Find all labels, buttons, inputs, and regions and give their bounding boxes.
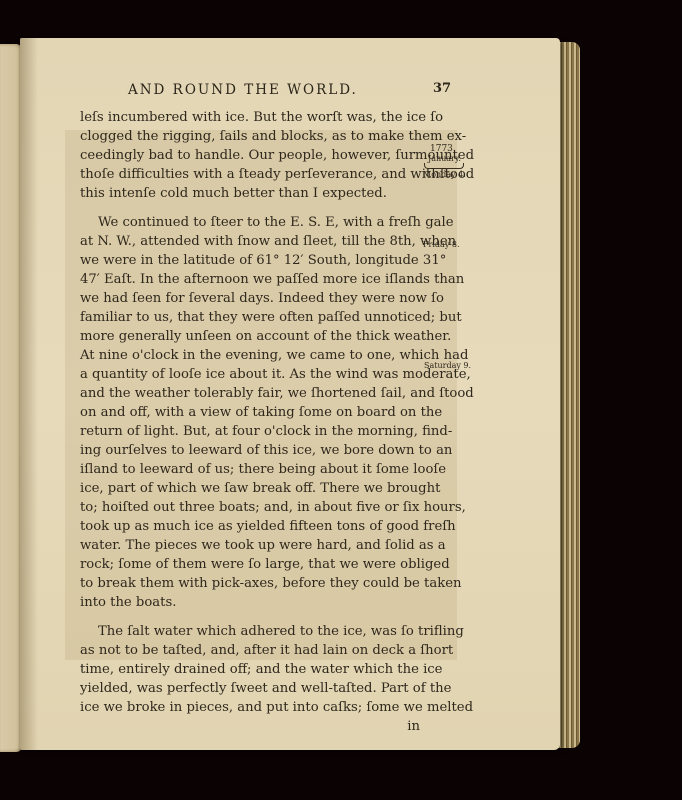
text-line: to; hoiſted out three boats; and, in abo… bbox=[80, 498, 420, 517]
text-line: ceedingly bad to handle. Our people, how… bbox=[80, 146, 420, 165]
text-line: familiar to us, that they were often paſ… bbox=[80, 308, 420, 327]
catchword: in bbox=[80, 717, 420, 736]
text-line: time, entirely drained off; and the wate… bbox=[80, 660, 420, 679]
text-line: ice we broke in pieces, and put into caſ… bbox=[80, 698, 420, 717]
text-line: At nine o'clock in the evening, we came … bbox=[80, 346, 420, 365]
text-line: we were in the latitude of 61° 12′ South… bbox=[80, 251, 420, 270]
text-line: leſs incumbered with ice. But the worſt … bbox=[80, 108, 420, 127]
body-text: leſs incumbered with ice. But the worſt … bbox=[80, 108, 420, 736]
text-line: as not to be taſted, and, after it had l… bbox=[80, 641, 420, 660]
running-head: AND ROUND THE WORLD. bbox=[128, 82, 358, 98]
text-line: return of light. But, at four o'clock in… bbox=[80, 422, 420, 441]
page-number: 37 bbox=[433, 81, 451, 96]
text-line: took up as much ice as yielded fifteen t… bbox=[80, 517, 420, 536]
text-line: The ſalt water which adhered to the ice,… bbox=[80, 622, 420, 641]
left-page-edge bbox=[0, 44, 22, 752]
text-line: more generally unſeen on account of the … bbox=[80, 327, 420, 346]
text-line: ing ourſelves to leeward of this ice, we… bbox=[80, 441, 420, 460]
text-line: yielded, was perfectly ſweet and well-ta… bbox=[80, 679, 420, 698]
paragraph-3: The ſalt water which adhered to the ice,… bbox=[80, 622, 420, 717]
text-line: 47′ Eaſt. In the afternoon we paſſed mor… bbox=[80, 270, 420, 289]
text-line: and the weather tolerably fair, we ſhort… bbox=[80, 384, 420, 403]
text-line: ice, part of which we ſaw break off. The… bbox=[80, 479, 420, 498]
text-line: to break them with pick-axes, before the… bbox=[80, 574, 420, 593]
text-line: we had ſeen for ſeveral days. Indeed the… bbox=[80, 289, 420, 308]
text-line: a quantity of looſe ice about it. As the… bbox=[80, 365, 420, 384]
page-header: AND ROUND THE WORLD. 37 bbox=[128, 82, 528, 102]
text-line: on and off, with a view of taking ſome o… bbox=[80, 403, 420, 422]
text-line: We continued to ſteer to the E. S. E, wi… bbox=[80, 213, 420, 232]
text-line: water. The pieces we took up were hard, … bbox=[80, 536, 420, 555]
gutter-shadow bbox=[20, 38, 38, 750]
text-line: rock; ſome of them were ſo large, that w… bbox=[80, 555, 420, 574]
text-line: thoſe difficulties with a ſteady perſeve… bbox=[80, 165, 420, 184]
text-line: into the boats. bbox=[80, 593, 420, 612]
paragraph-2: We continued to ſteer to the E. S. E, wi… bbox=[80, 213, 420, 612]
text-line: at N. W., attended with ſnow and ſleet, … bbox=[80, 232, 420, 251]
text-line: iſland to leeward of us; there being abo… bbox=[80, 460, 420, 479]
text-line: clogged the rigging, ſails and blocks, a… bbox=[80, 127, 420, 146]
text-line: this intenſe cold much better than I exp… bbox=[80, 184, 420, 203]
paragraph-1: leſs incumbered with ice. But the worſt … bbox=[80, 108, 420, 203]
